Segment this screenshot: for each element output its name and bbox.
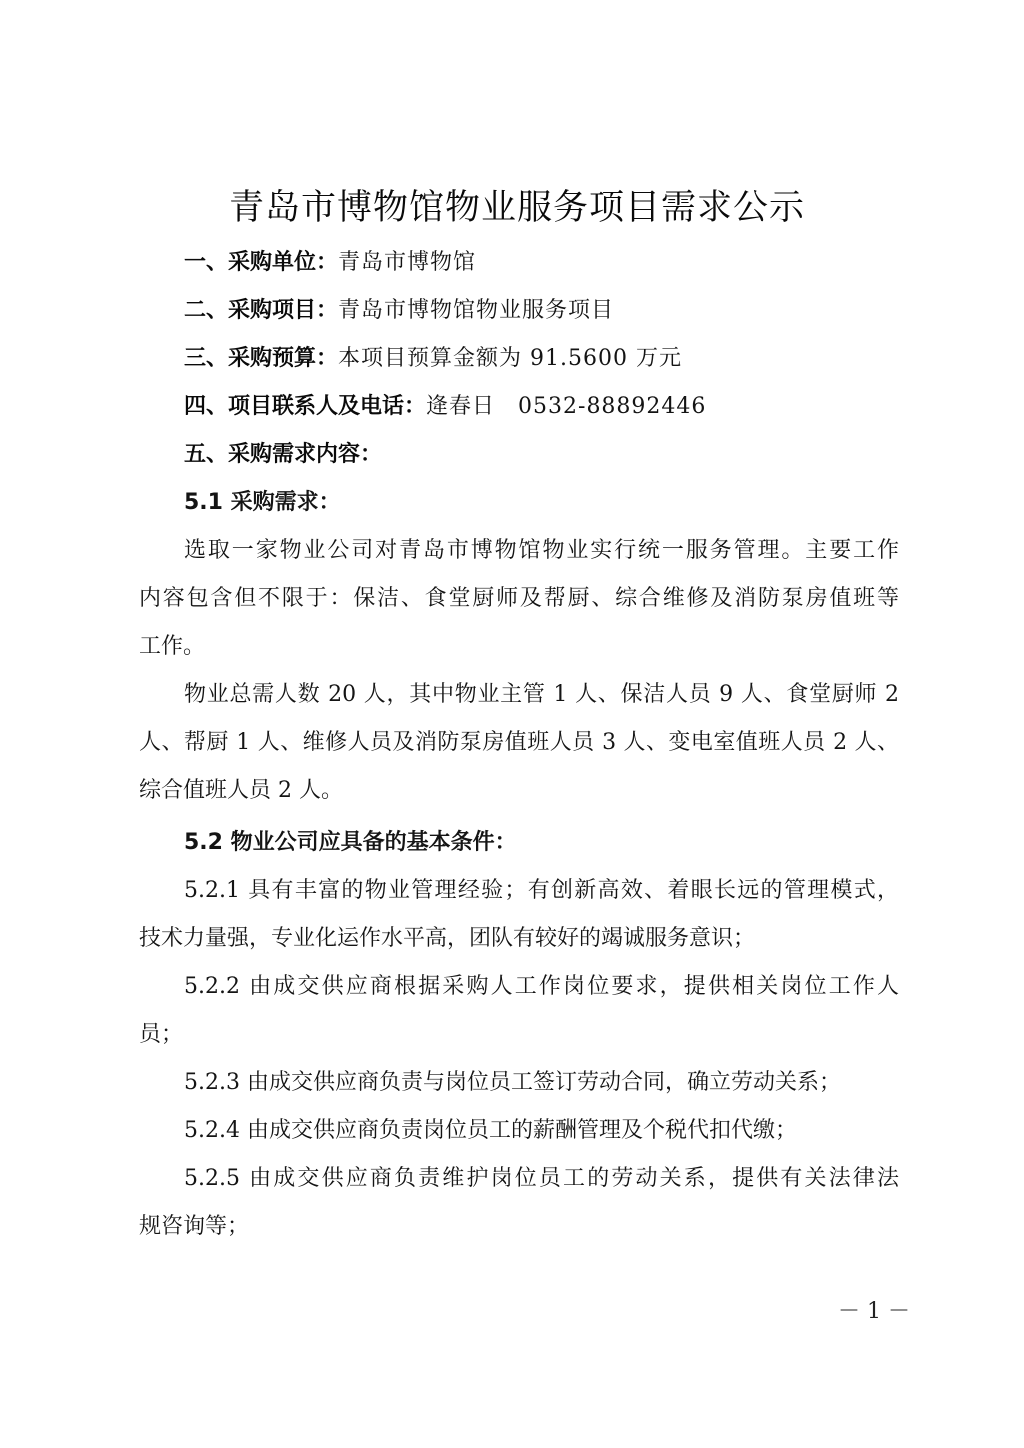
paragraph-line: 选取一家物业公司对青岛市博物馆物业实行统一服务管理。主要工作 — [184, 536, 899, 566]
section-5-1-heading: 5.1 采购需求： — [184, 488, 944, 518]
field-purchaser: 一、采购单位：青岛市博物馆 — [184, 248, 944, 278]
field-contact: 四、项目联系人及电话：逄春日 0532-88892446 — [184, 392, 944, 422]
page-number: － 1 － — [834, 1297, 914, 1327]
condition-5-2-1: 5.2.1 具有丰富的物业管理经验；有创新高效、着眼长远的管理模式， — [184, 876, 899, 906]
field-project: 二、采购项目：青岛市博物馆物业服务项目 — [184, 296, 944, 326]
field-value: 本项目预算金额为 91.5600 万元 — [338, 346, 682, 371]
document-page: 青岛市博物馆物业服务项目需求公示 一、采购单位：青岛市博物馆 二、采购项目：青岛… — [0, 0, 1024, 1448]
paragraph-line: 人、帮厨 1 人、维修人员及消防泵房值班人员 3 人、变电室值班人员 2 人、 — [139, 728, 899, 758]
field-requirements: 五、采购需求内容： — [184, 440, 944, 470]
condition-5-2-4: 5.2.4 由成交供应商负责岗位员工的薪酬管理及个税代扣代缴； — [184, 1116, 944, 1146]
paragraph-line: 内容包含但不限于：保洁、食堂厨师及帮厨、综合维修及消防泵房值班等 — [139, 584, 899, 614]
condition-5-2-5-cont: 规咨询等； — [139, 1212, 899, 1242]
document-title: 青岛市博物馆物业服务项目需求公示 — [0, 184, 1024, 232]
condition-5-2-2-cont: 员； — [139, 1020, 899, 1050]
section-5-2-heading: 5.2 物业公司应具备的基本条件： — [184, 828, 944, 858]
field-label: 三、采购预算： — [184, 346, 338, 371]
condition-5-2-1-cont: 技术力量强，专业化运作水平高，团队有较好的竭诚服务意识； — [139, 924, 899, 954]
condition-5-2-2: 5.2.2 由成交供应商根据采购人工作岗位要求，提供相关岗位工作人 — [184, 972, 899, 1002]
condition-5-2-5: 5.2.5 由成交供应商负责维护岗位员工的劳动关系，提供有关法律法 — [184, 1164, 899, 1194]
field-label: 一、采购单位： — [184, 250, 338, 275]
field-label: 四、项目联系人及电话： — [184, 394, 426, 419]
field-value: 青岛市博物馆 — [338, 250, 476, 275]
field-value: 逄春日 0532-88892446 — [426, 394, 706, 419]
field-label: 五、采购需求内容： — [184, 442, 382, 467]
field-budget: 三、采购预算：本项目预算金额为 91.5600 万元 — [184, 344, 944, 374]
field-label: 二、采购项目： — [184, 298, 338, 323]
paragraph-line: 工作。 — [139, 632, 899, 662]
paragraph-line: 综合值班人员 2 人。 — [139, 776, 899, 806]
condition-5-2-3: 5.2.3 由成交供应商负责与岗位员工签订劳动合同，确立劳动关系； — [184, 1068, 944, 1098]
field-value: 青岛市博物馆物业服务项目 — [338, 298, 614, 323]
paragraph-line: 物业总需人数 20 人，其中物业主管 1 人、保洁人员 9 人、食堂厨师 2 — [184, 680, 899, 710]
